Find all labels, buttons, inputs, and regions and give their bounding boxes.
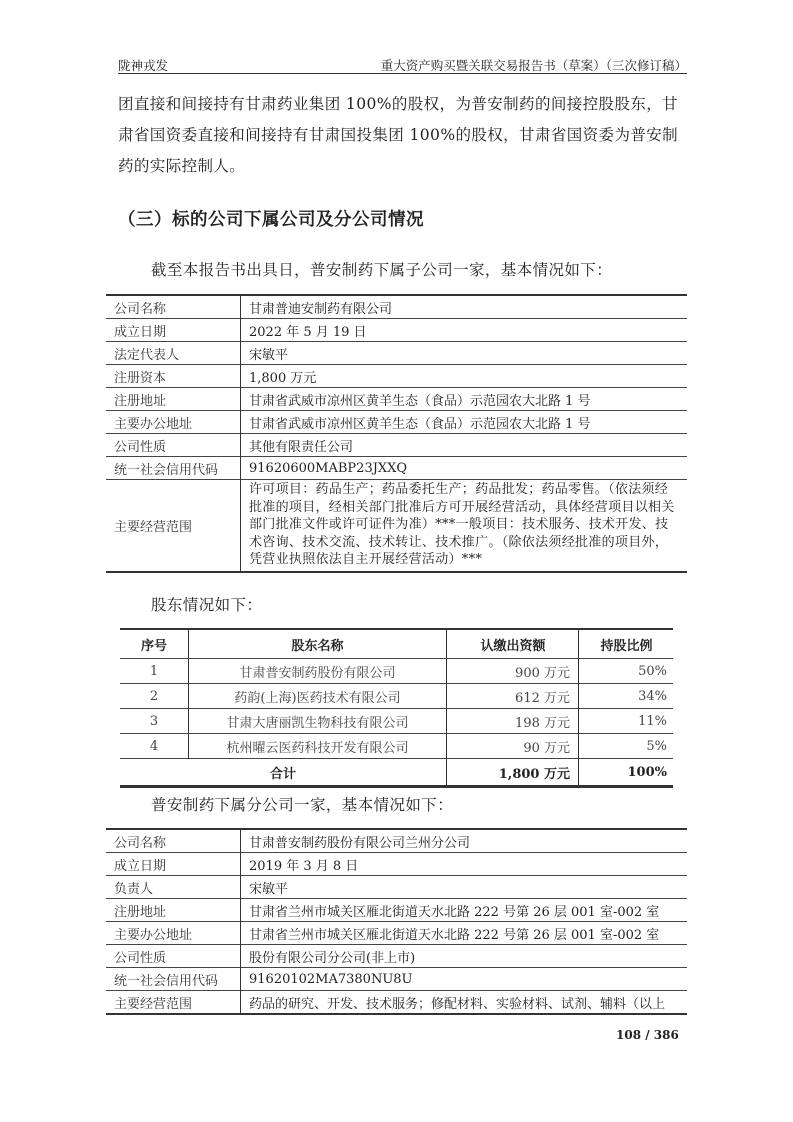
row-label: 统一社会信用代码 xyxy=(106,457,241,480)
row-value: 2019 年 3 月 8 日 xyxy=(241,853,688,876)
row-value: 股份有限公司分公司(非上市) xyxy=(241,945,688,968)
total-amount: 1,800 万元 xyxy=(447,759,579,787)
cell-amount: 198 万元 xyxy=(447,709,579,734)
total-label: 合计 xyxy=(120,759,447,787)
row-value: 91620600MABP23JXXQ xyxy=(241,457,688,480)
table-row: 2 药韵(上海)医药技术有限公司 612 万元 34% xyxy=(120,684,673,709)
table-row: 成立日期2022 年 5 月 19 日 xyxy=(106,319,687,342)
row-label: 法定代表人 xyxy=(106,342,241,365)
cell-no: 1 xyxy=(120,659,189,684)
table-row: 主要经营范围药品的研究、开发、技术服务；修配材料、实验材料、试剂、辅料（以上 xyxy=(106,991,687,1015)
cell-pct: 34% xyxy=(579,684,674,709)
row-label: 公司性质 xyxy=(106,434,241,457)
cell-name: 杭州曜云医药科技开发有限公司 xyxy=(189,734,447,759)
cell-amount: 90 万元 xyxy=(447,734,579,759)
row-value: 宋敏平 xyxy=(241,342,688,365)
table-header-row: 序号 股东名称 认缴出资额 持股比例 xyxy=(120,629,673,659)
row-label: 注册资本 xyxy=(106,365,241,388)
row-label: 负责人 xyxy=(106,876,241,899)
row-value: 其他有限责任公司 xyxy=(241,434,688,457)
cell-name: 甘肃普安制药股份有限公司 xyxy=(189,659,447,684)
paragraph-line: 肃省国资委直接和间接持有甘肃国投集团 100%的股权，甘肃省国资委为普安制 xyxy=(118,120,688,151)
cell-amount: 900 万元 xyxy=(447,659,579,684)
cell-pct: 11% xyxy=(579,709,674,734)
paragraph-line: 团直接和间接持有甘肃药业集团 100%的股权，为普安制药的间接控股股东，甘 xyxy=(118,89,688,120)
total-pct: 100% xyxy=(579,759,674,787)
table-row: 注册地址甘肃省兰州市城关区雁北街道天水北路 222 号第 26 层 001 室-… xyxy=(106,899,687,922)
branch-info-table: 公司名称甘肃普安制药股份有限公司兰州分公司 成立日期2019 年 3 月 8 日… xyxy=(106,828,687,1015)
paragraph-line: 药的实际控制人。 xyxy=(118,151,688,182)
row-value: 甘肃省武威市凉州区黄羊生态（食品）示范园农大北路 1 号 xyxy=(241,411,688,434)
row-value: 2022 年 5 月 19 日 xyxy=(241,319,688,342)
row-label: 注册地址 xyxy=(106,899,241,922)
row-value: 甘肃普安制药股份有限公司兰州分公司 xyxy=(241,829,688,853)
row-value: 1,800 万元 xyxy=(241,365,688,388)
row-label: 公司性质 xyxy=(106,945,241,968)
table-row: 4 杭州曜云医药科技开发有限公司 90 万元 5% xyxy=(120,734,673,759)
cell-amount: 612 万元 xyxy=(447,684,579,709)
header-subscribed-capital: 认缴出资额 xyxy=(447,629,579,659)
page-number: 108 / 386 xyxy=(616,1028,679,1042)
row-value: 宋敏平 xyxy=(241,876,688,899)
row-label: 主要办公地址 xyxy=(106,411,241,434)
branch-intro-text: 普安制药下属分公司一家，基本情况如下： xyxy=(151,793,453,815)
header-document-title: 重大资产购买暨关联交易报告书（草案）（三次修订稿） xyxy=(381,56,687,74)
table-row: 主要办公地址甘肃省兰州市城关区雁北街道天水北路 222 号第 26 层 001 … xyxy=(106,922,687,945)
row-value: 甘肃普迪安制药有限公司 xyxy=(241,295,688,319)
table-row: 统一社会信用代码91620102MA7380NU8U xyxy=(106,968,687,991)
header-company-name: 陇神戎发 xyxy=(118,56,168,74)
subsidiary-intro-text: 截至本报告书出具日，普安制药下属子公司一家，基本情况如下： xyxy=(151,258,612,280)
cell-no: 4 xyxy=(120,734,189,759)
row-label: 公司名称 xyxy=(106,829,241,853)
table-row: 3 甘肃大唐丽凯生物科技有限公司 198 万元 11% xyxy=(120,709,673,734)
cell-pct: 5% xyxy=(579,734,674,759)
total-row: 合计 1,800 万元 100% xyxy=(120,759,673,787)
row-label: 主要经营范围 xyxy=(106,991,241,1015)
shareholder-intro-text: 股东情况如下： xyxy=(151,593,262,615)
table-row: 成立日期2019 年 3 月 8 日 xyxy=(106,853,687,876)
row-value: 甘肃省兰州市城关区雁北街道天水北路 222 号第 26 层 001 室-002 … xyxy=(241,899,688,922)
cell-name: 甘肃大唐丽凯生物科技有限公司 xyxy=(189,709,447,734)
cell-pct: 50% xyxy=(579,659,674,684)
table-row: 法定代表人宋敏平 xyxy=(106,342,687,365)
row-value: 91620102MA7380NU8U xyxy=(241,968,688,991)
row-label: 公司名称 xyxy=(106,295,241,319)
table-row: 公司名称甘肃普迪安制药有限公司 xyxy=(106,295,687,319)
row-value: 甘肃省兰州市城关区雁北街道天水北路 222 号第 26 层 001 室-002 … xyxy=(241,922,688,945)
row-label: 成立日期 xyxy=(106,319,241,342)
table-row: 公司性质股份有限公司分公司(非上市) xyxy=(106,945,687,968)
cell-no: 3 xyxy=(120,709,189,734)
page-header: 陇神戎发 重大资产购买暨关联交易报告书（草案）（三次修订稿） xyxy=(118,55,687,74)
header-no: 序号 xyxy=(120,629,189,659)
table-row: 统一社会信用代码91620600MABP23JXXQ xyxy=(106,457,687,480)
row-label: 注册地址 xyxy=(106,388,241,411)
header-shareholder-name: 股东名称 xyxy=(189,629,447,659)
row-label: 统一社会信用代码 xyxy=(106,968,241,991)
row-label: 主要经营范围 xyxy=(106,480,241,572)
row-label: 主要办公地址 xyxy=(106,922,241,945)
subsidiary-info-table: 公司名称甘肃普迪安制药有限公司 成立日期2022 年 5 月 19 日 法定代表… xyxy=(106,294,687,573)
table-row: 注册资本1,800 万元 xyxy=(106,365,687,388)
cell-no: 2 xyxy=(120,684,189,709)
table-row: 负责人宋敏平 xyxy=(106,876,687,899)
business-scope-value: 药品的研究、开发、技术服务；修配材料、实验材料、试剂、辅料（以上 xyxy=(241,991,688,1015)
shareholder-table: 序号 股东名称 认缴出资额 持股比例 1 甘肃普安制药股份有限公司 900 万元… xyxy=(120,628,673,788)
table-row: 公司名称甘肃普安制药股份有限公司兰州分公司 xyxy=(106,829,687,853)
table-row: 注册地址甘肃省武威市凉州区黄羊生态（食品）示范园农大北路 1 号 xyxy=(106,388,687,411)
header-share-ratio: 持股比例 xyxy=(579,629,674,659)
table-row: 1 甘肃普安制药股份有限公司 900 万元 50% xyxy=(120,659,673,684)
body-paragraph: 团直接和间接持有甘肃药业集团 100%的股权，为普安制药的间接控股股东，甘 肃省… xyxy=(118,89,688,182)
business-scope-value: 许可项目：药品生产；药品委托生产；药品批发；药品零售。（依法须经批准的项目，经相… xyxy=(241,480,688,572)
table-row: 公司性质其他有限责任公司 xyxy=(106,434,687,457)
section-heading: （三）标的公司下属公司及分公司情况 xyxy=(118,206,424,231)
table-row: 主要经营范围许可项目：药品生产；药品委托生产；药品批发；药品零售。（依法须经批准… xyxy=(106,480,687,572)
row-value: 甘肃省武威市凉州区黄羊生态（食品）示范园农大北路 1 号 xyxy=(241,388,688,411)
cell-name: 药韵(上海)医药技术有限公司 xyxy=(189,684,447,709)
table-row: 主要办公地址甘肃省武威市凉州区黄羊生态（食品）示范园农大北路 1 号 xyxy=(106,411,687,434)
row-label: 成立日期 xyxy=(106,853,241,876)
